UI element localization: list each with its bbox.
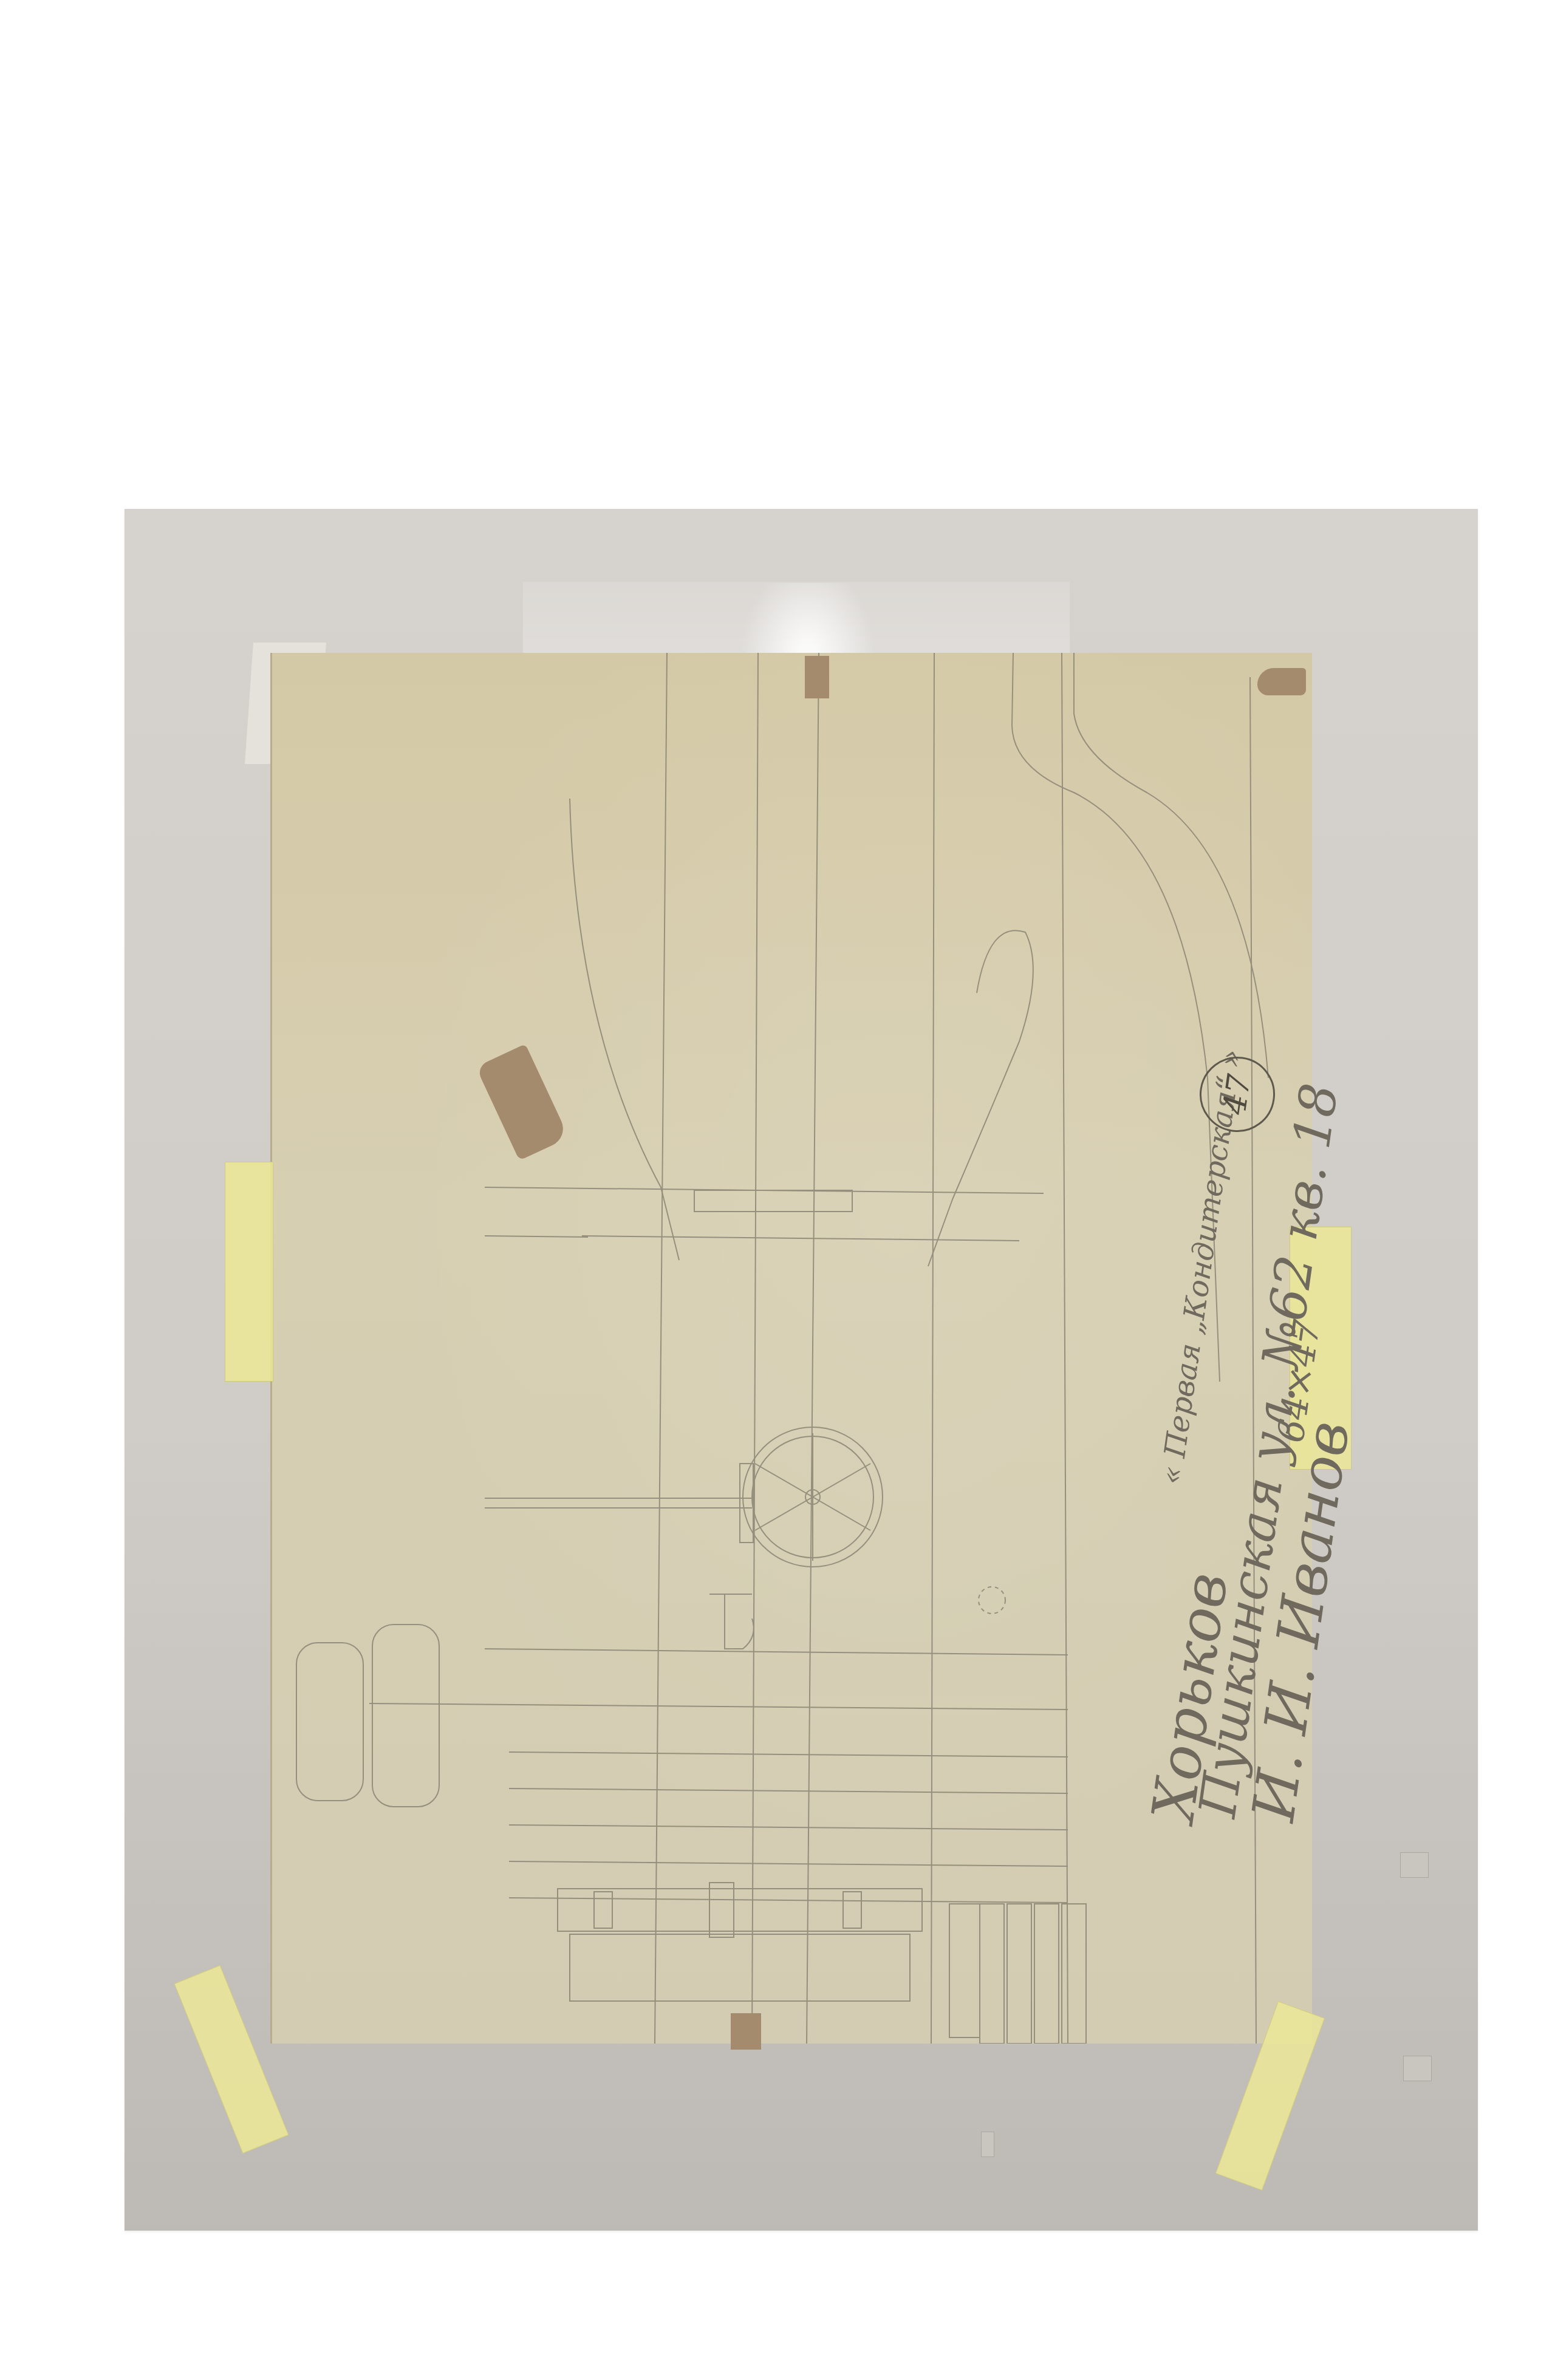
drawing-sheet — [270, 653, 1312, 2044]
paper-tear-top-center — [805, 656, 829, 698]
paper-tear-top-corner — [1257, 668, 1306, 695]
tape-left — [225, 1162, 273, 1382]
mounting-tab-right — [1400, 1852, 1429, 1878]
mounting-tab-bottom-center — [981, 2132, 994, 2157]
paper-tear-bottom — [731, 2013, 761, 2050]
pencil-drawing — [272, 653, 1312, 2044]
mounting-tab-bottom-right — [1403, 2056, 1432, 2081]
